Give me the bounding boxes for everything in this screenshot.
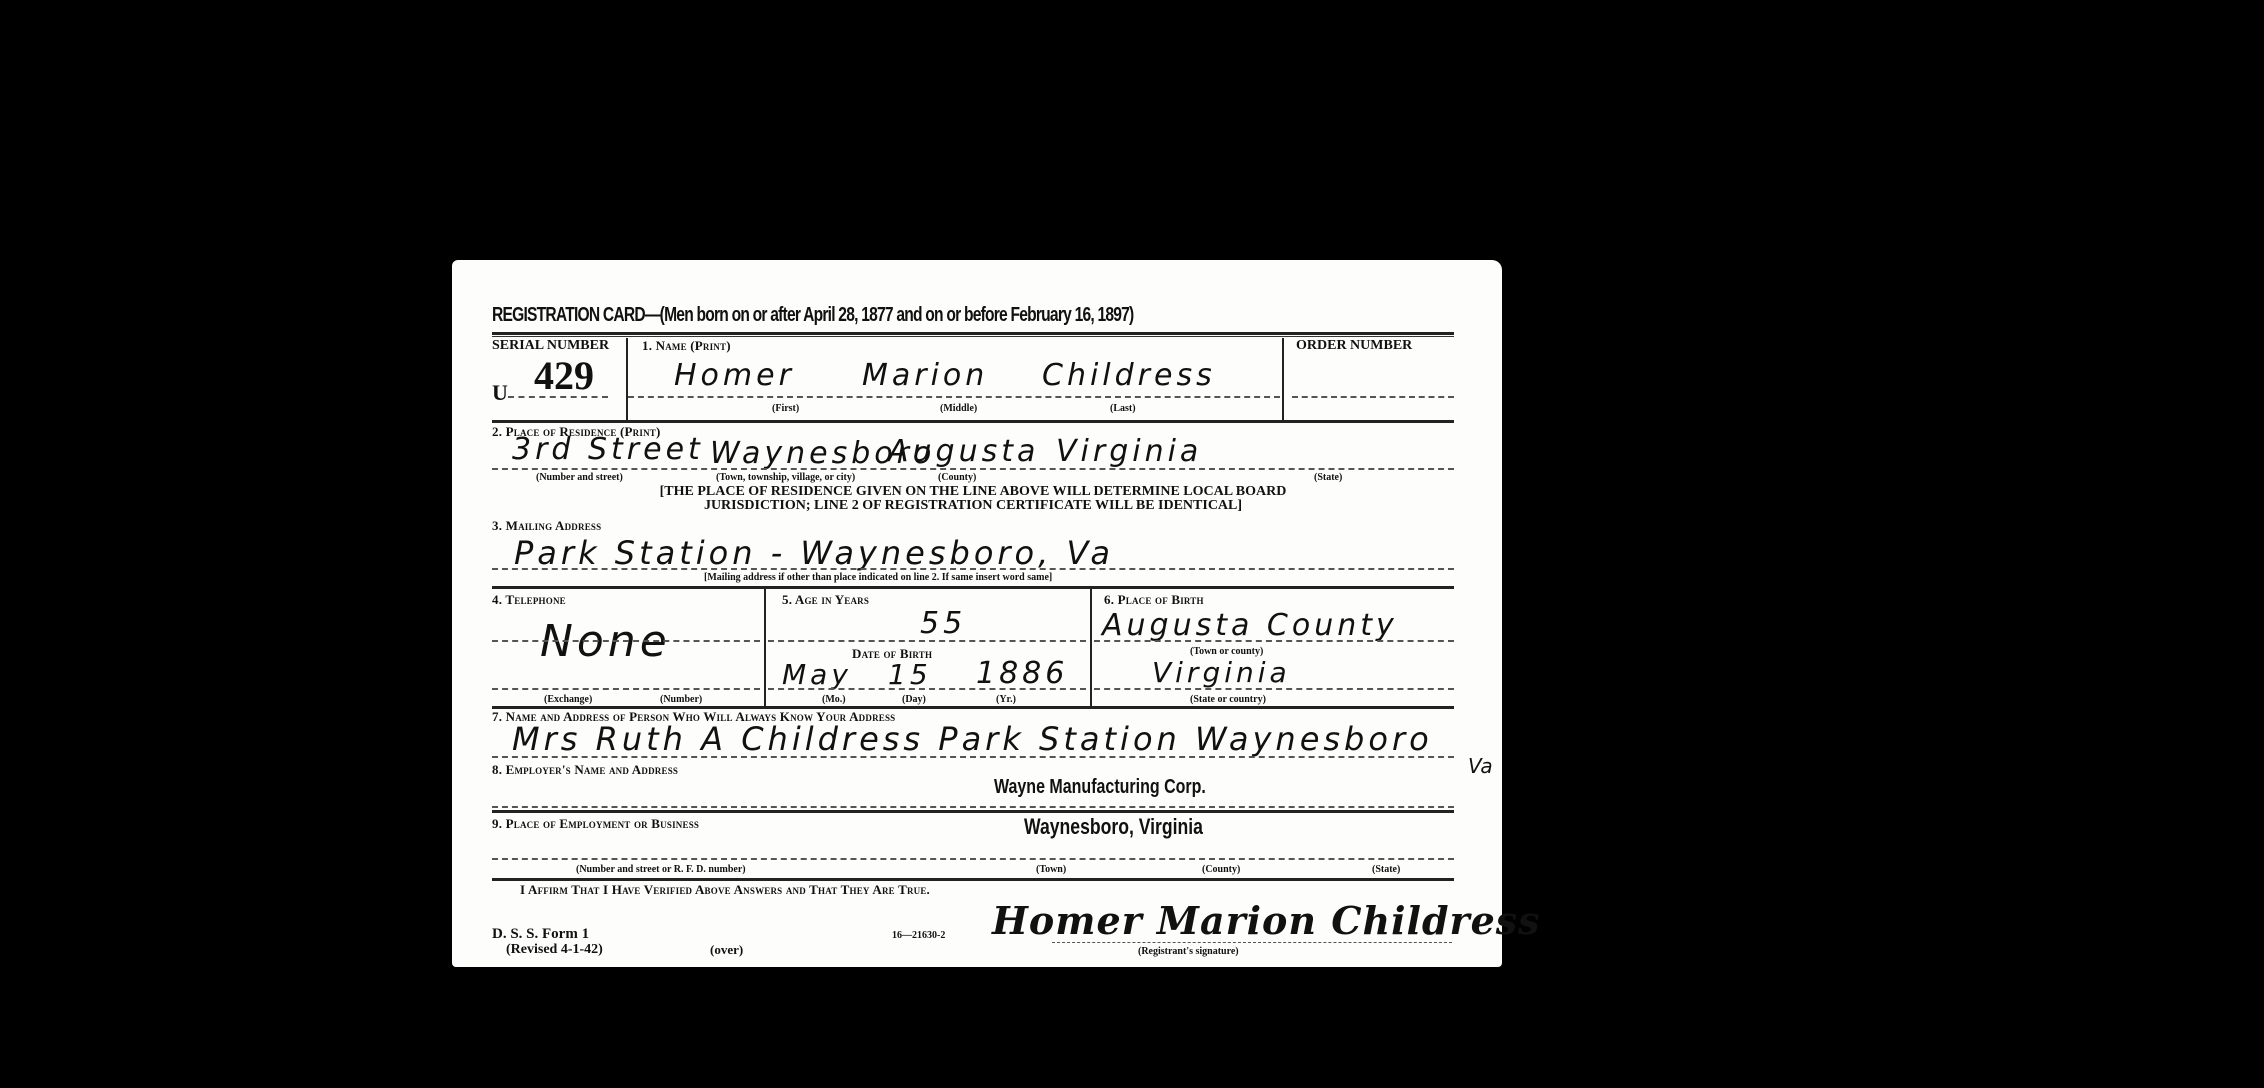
contact-dotted-line [492, 756, 1454, 758]
employer-dotted-line [492, 806, 1454, 808]
registration-card: REGISTRATION CARD—(Men born on or after … [452, 260, 1502, 967]
dob-dotted-line [768, 688, 1086, 690]
form-over: (over) [710, 942, 743, 958]
employer-value: Wayne Manufacturing Corp. [994, 776, 1206, 799]
title-rule [492, 332, 1454, 335]
mailing-value: Park Station - Waynesboro, Va [514, 534, 1114, 572]
dob-year-label: (Yr.) [996, 694, 1016, 705]
employment-street-label: (Number and street or R. F. D. number) [576, 864, 746, 875]
telephone-label: 4. Telephone [492, 592, 566, 608]
name-last-label: (Last) [1110, 403, 1136, 414]
affirm-statement: I Affirm That I Have Verified Above Answ… [520, 882, 930, 898]
serial-divider [626, 338, 628, 420]
order-divider [1282, 338, 1284, 420]
name-middle-value: Marion [862, 358, 988, 393]
name-last-value: Childress [1042, 358, 1216, 393]
employer-label: 8. Employer's Name and Address [492, 762, 678, 778]
birthplace-dotted-line-2 [1094, 688, 1454, 690]
dob-year-value: 1886 [976, 656, 1068, 691]
form-revised: (Revised 4-1-42) [506, 942, 603, 958]
title-rule-thin [492, 336, 1454, 337]
residence-state-label: (State) [1314, 472, 1342, 483]
order-number-label: ORDER NUMBER [1296, 338, 1412, 354]
residence-notice-line2: JURISDICTION; LINE 2 OF REGISTRATION CER… [492, 498, 1454, 514]
dob-day-label: (Day) [902, 694, 926, 705]
registrant-signature: Homer Marion Childress [992, 898, 1541, 943]
card-title: REGISTRATION CARD—(Men born on or after … [492, 304, 1133, 327]
birthplace-state-label: (State or country) [1190, 694, 1266, 705]
employment-dotted-line [492, 858, 1454, 860]
employment-town-label: (Town) [1036, 864, 1066, 875]
row1-rule [492, 420, 1454, 423]
residence-state-value: Virginia [1056, 434, 1202, 469]
form-name: D. S. S. Form 1 [492, 926, 589, 943]
contact-value: Mrs Ruth A Childress Park Station Waynes… [512, 720, 1433, 758]
contact-value-cont: Va [1468, 754, 1493, 778]
telephone-dotted-line-1 [492, 640, 760, 642]
name-dotted-line [628, 396, 1280, 398]
birthplace-town-value: Augusta County [1102, 608, 1398, 643]
name-middle-label: (Middle) [940, 403, 977, 414]
age-dotted-line [768, 640, 1086, 642]
birthplace-label: 6. Place of Birth [1104, 592, 1204, 608]
telephone-dotted-line-2 [492, 688, 760, 690]
serial-prefix: U [492, 380, 508, 406]
row9-rule [492, 878, 1454, 881]
mailing-dotted-line [492, 568, 1454, 570]
serial-dotted-line [508, 396, 608, 398]
employment-place-label: 9. Place of Employment or Business [492, 816, 699, 832]
birthplace-dotted-line-1 [1094, 640, 1454, 642]
form-print-code: 16—21630-2 [892, 930, 945, 941]
name-first-label: (First) [772, 403, 799, 414]
dob-month-label: (Mo.) [822, 694, 846, 705]
serial-number-value: 429 [534, 352, 594, 399]
telephone-exchange-label: (Exchange) [544, 694, 592, 705]
row3-rule [492, 586, 1454, 589]
name-first-value: Homer [674, 358, 795, 393]
residence-street-value: 3rd Street [512, 432, 704, 467]
age-divider [1090, 588, 1092, 706]
employment-place-value: Waynesboro, Virginia [1024, 814, 1203, 840]
residence-street-label: (Number and street) [536, 472, 623, 483]
order-dotted-line [1292, 396, 1454, 398]
employment-state-label: (State) [1372, 864, 1400, 875]
age-value: 55 [920, 606, 966, 641]
telephone-number-label: (Number) [660, 694, 702, 705]
residence-dotted-line [492, 468, 1454, 470]
residence-county-value: Augusta [888, 434, 1039, 469]
birthplace-state-value: Virginia [1152, 656, 1291, 689]
residence-town-label: (Town, township, village, or city) [716, 472, 855, 483]
age-label: 5. Age in Years [782, 592, 869, 608]
mailing-note: [Mailing address if other than place ind… [704, 572, 1052, 583]
employment-county-label: (County) [1202, 864, 1240, 875]
dob-day-value: 15 [888, 658, 932, 691]
row8-rule [492, 810, 1454, 813]
dob-month-value: May [782, 658, 852, 691]
name-label: 1. Name (Print) [642, 338, 731, 354]
telephone-divider [764, 588, 766, 706]
signature-dotted-line [1052, 942, 1452, 943]
residence-county-label: (County) [938, 472, 976, 483]
mailing-label: 3. Mailing Address [492, 518, 601, 534]
signature-label: (Registrant's signature) [1138, 946, 1239, 957]
